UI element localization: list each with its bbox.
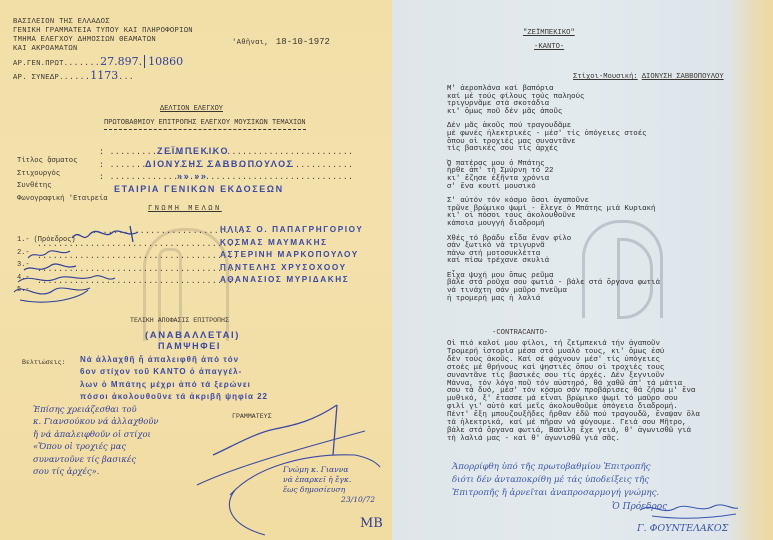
date-value: 18-10-1972 <box>276 37 330 47</box>
protocol-value-2: 10860 <box>144 55 183 68</box>
field-row-label: Φωνογραφική 'Εταιρεία ΕΤΑΙΡΙΑ ΓΕΝΙΚΩΝ ΕΚ… <box>17 187 377 200</box>
stanza: Δέν μᾶς ἀκοῦς πού τραγουδᾶμε μέ φωνές ἠλ… <box>447 123 660 153</box>
session-value: 1173 <box>90 69 118 82</box>
section-contracanto: -CONTRACANTO- <box>492 329 548 337</box>
note-line: σου τίς ἀρχές». <box>33 465 158 477</box>
margin-note-date: 23/10/72 <box>283 495 375 505</box>
place-label: 'Αθῆναι, <box>232 39 269 47</box>
improvement-line: 6ον στίχον τοῦ ΚΑΝΤΟ ὁ ἀπαγγέλ- <box>80 367 268 379</box>
note-line: Ἐπιτροπῆς ἤ ἀρνεῖται ἀναπροσαρμογή γνώμη… <box>452 487 659 500</box>
note-line: διότι δέν ἀνταποκρίθη μέ τάς ὑποδείξεις … <box>452 474 659 487</box>
song-fields: Τίτλος ᾄσματος : .......................… <box>17 149 377 199</box>
note-line: συναντοῦνε τίς βασικές <box>33 453 158 465</box>
letterhead-line: ΓΕΝΙΚΗ ΓΡΑΜΜΑΤΕΙΑ ΤΥΠΟΥ ΚΑΙ ΠΛΗΡΟΦΟΡΙΩΝ <box>13 27 193 36</box>
place-date: 'Αθῆναι, 18-10-1972 <box>232 31 330 49</box>
letterhead-line: ΤΜΗΜΑ ΕΛΕΓΧΟΥ ΔΗΜΟΣΙΩΝ ΘΕΑΜΑΤΩΝ <box>13 36 193 45</box>
margin-note-line: Γνώμη κ. Γιαννα <box>283 465 375 475</box>
final-decision-title: ΤΕΛΙΚΗ ΑΠΟΦΑΣΙΣ ΕΠΙΤΡΟΠΗΣ <box>130 317 229 324</box>
rejection-note: Ἀπορρίφθη ὑπό τῆς πρωτοβαθμίου Ἐπιτροπῆς… <box>452 461 659 500</box>
note-line: Ἀπορρίφθη ὑπό τῆς πρωτοβαθμίου Ἐπιτροπῆς <box>452 461 659 474</box>
improvement-line: λων ὁ Μπάτης μέχρι ἀπό τά ξερώνει <box>80 380 268 392</box>
signature-name: Γ. ΦΟΥΝΤΕΛΑΚΟΣ <box>637 523 728 534</box>
letterhead-line: ΒΑΣΙΛΕΙΟΝ ΤΗΣ ΕΛΛΑΔΟΣ <box>13 18 193 27</box>
censorship-record-page: ΒΑΣΙΛΕΙΟΝ ΤΗΣ ΕΛΛΑΔΟΣ ΓΕΝΙΚΗ ΓΡΑΜΜΑΤΕΙΑ … <box>0 0 392 540</box>
stanza: Μ' ἀεροπλάνα καί βαπόρια καί μέ τούς φίλ… <box>447 86 660 116</box>
president-signature <box>632 500 742 522</box>
member-signatures <box>10 220 150 305</box>
member-name: ΗΛΙΑΣ Ο. ΠΑΠΑΓΡΗΓΟΡΙΟΥ <box>220 225 363 234</box>
members-title: ΓΝΩΜΗ ΜΕΛΩΝ <box>148 205 222 213</box>
session-number-row: ΑΡ. ΣΥΝΕΔΡ......1173... <box>13 66 134 84</box>
note-line: κ. Γιανσούκου νά ἀλλαχθοῦν <box>33 415 158 427</box>
committee-title: ΠΡΩΤΟΒΑΘΜΙΟΥ ΕΠΙΤΡΟΠΗΣ ΕΛΕΓΧΟΥ ΜΟΥΣΙΚΩΝ … <box>104 119 306 130</box>
credits-label: Στίχοι-Μουσική: <box>573 73 638 81</box>
credits-value: ΔΙΟΝΥΣΗ ΣΑΒΒΟΠΟΥΛΟΥ <box>642 73 724 81</box>
lyric-line: καί πίσω τρέχανε σκυλιά <box>447 258 660 266</box>
initials: ΜΒ <box>360 516 383 531</box>
field-label: Φωνογραφική 'Εταιρεία <box>17 195 108 203</box>
field-value: »» »» <box>177 171 208 181</box>
letterhead: ΒΑΣΙΛΕΙΟΝ ΤΗΣ ΕΛΛΑΔΟΣ ΓΕΝΙΚΗ ΓΡΑΜΜΑΤΕΙΑ … <box>13 18 193 54</box>
lyrics-page: "ΖΕΪΜΠΕΚΙΚΟ" -ΚΑΝΤΟ- Στίχοι-Μουσική: ΔΙΟ… <box>392 0 773 540</box>
member-name: ΚΟΣΜΑΣ ΜΑΥΜΑΚΗΣ <box>220 238 328 247</box>
lyric-line: ἡ τρομερή μας ἡ λαλιά <box>447 296 660 304</box>
margin-note-line: νά ἐπαρκεῖ ἡ ἔγκ. <box>283 475 375 485</box>
section-canto: -ΚΑΝΤΟ- <box>534 43 564 51</box>
decision-value: (ΑΝΑΒΑΛΛΕΤΑΙ) <box>145 330 240 341</box>
member-name: ΑΣΤΕΡΙΝΗ ΜΑΡΚΟΠΟΥΛΟΥ <box>220 250 359 259</box>
member-name: ΠΑΝΤΕΛΗΣ ΧΡΥΣΟΧΟΟΥ <box>220 263 347 272</box>
note-line: ἤ νά ἀπαλειφθοῦν οἱ στίχοι <box>33 428 158 440</box>
margin-note: Γνώμη κ. Γιαννα νά ἐπαρκεῖ ἡ ἔγκ. ἕως δη… <box>283 465 375 505</box>
improvements-label: Βελτιώσεις: <box>22 359 66 366</box>
session-label: ΑΡ. ΣΥΝΕΔΡ. <box>13 74 64 82</box>
contracanto-text: Οἱ πιό καλοί μου φίλοι, τή ζεϊμπεκιά τήν… <box>447 341 700 444</box>
lyric-line: τίς βασικές σου τίς ἀρχές <box>447 146 660 154</box>
note-line: «Ὅπου οἱ τροχιές μας <box>33 440 158 452</box>
margin-note-line: ἕως δημοσίευση <box>283 485 375 495</box>
decision-note: ΠΑΜΨΗΦΕΙ <box>158 341 221 351</box>
lyric-line: σ' ἕνα κουτί μουσικό <box>447 184 660 192</box>
lyric-line: κι' ὅμως ποῦ δέν μᾶς ἀποῦς <box>447 109 660 117</box>
record-title: ΔΕΛΤΙΟΝ ΕΛΕΓΧΟΥ <box>160 105 223 113</box>
field-value: ΕΤΑΙΡΙΑ ΓΕΝΙΚΩΝ ΕΚΔΟΣΕΩΝ <box>114 184 284 194</box>
stanza: Χθές τό βράδυ εἶδα ἕναν φίλο σάν ξωτικό … <box>447 236 660 266</box>
note-line: Ἐπίσης χρειάζεσθαι τοῦ <box>33 403 158 415</box>
lyric-line: τή λαλιά μας - καί θ' ἀγωνισθῶ γιά σᾶς. <box>447 436 700 444</box>
canto-stanzas: Μ' ἀεροπλάνα καί βαπόρια καί μέ τούς φίλ… <box>447 86 660 303</box>
field-value: ΔΙΟΝΥΣΗΣ ΣΑΒΒΟΠΟΥΛΟΣ <box>145 159 294 169</box>
stanza: Εἶχα ψυχή μου ὅπως ρεῦμα βάλε στά ροῦχα … <box>447 273 660 303</box>
credits: Στίχοι-Μουσική: ΔΙΟΝΥΣΗ ΣΑΒΒΟΠΟΥΛΟΥ <box>573 65 724 83</box>
song-title: "ΖΕΪΜΠΕΚΙΚΟ" <box>523 29 575 37</box>
stanza: Ὁ πατέρας μου ὁ Μπάτης ἦρθε ἀπ' τή Σμύρν… <box>447 161 660 191</box>
field-value: ΖΕΪΜΠΕΚΙΚΟ <box>157 146 229 156</box>
improvement-line: Νά ἀλλαχθῆ ἤ ἀπαλειφθῆ ἀπό τόν <box>80 355 268 367</box>
member-name: ΑΘΑΝΑΣΙΟΣ ΜΥΡΙΔΑΚΗΣ <box>220 275 349 284</box>
handwritten-note: Ἐπίσης χρειάζεσθαι τοῦ κ. Γιανσούκου νά … <box>33 403 158 477</box>
lyric-line: κάποια μουγγή διαδρομή <box>447 221 660 229</box>
stanza: Σ' αὐτόν τόν κόσμο ὅσοι ἀγαποῦνε τρῶνε β… <box>447 198 660 228</box>
